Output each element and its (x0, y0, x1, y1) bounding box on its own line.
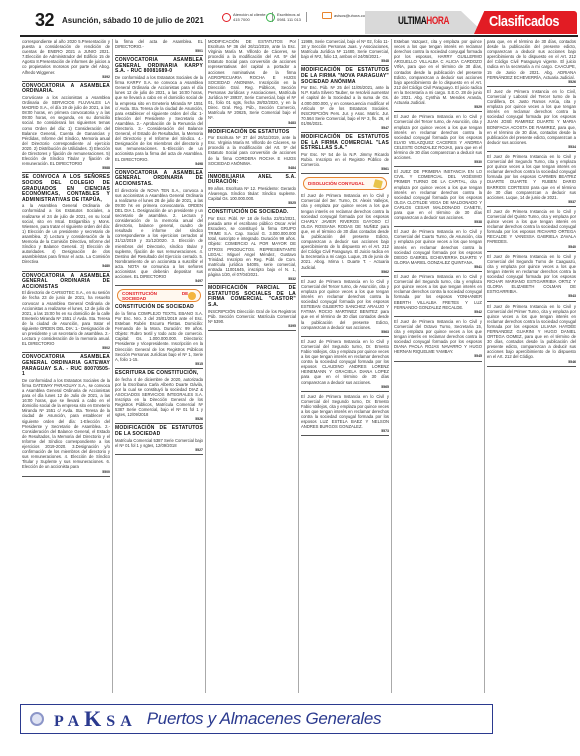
notice: INMOBILIARIA ANEL S.A. Duración:99 años.… (208, 175, 296, 209)
ultimahora-logo: ULTIMAHORA (398, 15, 449, 27)
notice-code: 5500 (22, 470, 110, 475)
notice-body: El Juez de Primera Instancia en lo Civil… (301, 279, 389, 330)
divider (306, 12, 307, 22)
notice-body: El Juez de Primera Instancia en lo Civil… (487, 209, 576, 245)
notice-code: 5547 (301, 126, 389, 131)
notice-heading: CONVOCATORIA ASAMBLEA GENERAL ORDINARIA … (115, 58, 203, 75)
notice: correspondiente al año 2020 5.Presentaci… (22, 39, 110, 82)
customer-service-contact: Atención al cliente: 415 7000 (222, 12, 273, 22)
notice: CONSTITUCIÓN DE SOCIEDADde la firma COMP… (115, 305, 203, 369)
column-2: la firma del acta de Asamblea. EL DIRECT… (113, 39, 206, 693)
notice-code: 5501 (115, 49, 203, 54)
notice: El JUEZ DE PRIMERA INSTANCIA EN LO CIVIL… (394, 169, 482, 227)
notice-body: Por Escr. Públ. Nº 18 de fecha 22/01/202… (208, 216, 296, 277)
notice-code: 5534 (487, 145, 576, 150)
notice-code: 5543 (487, 294, 576, 299)
notice-body: Matrícula Comercial 5387 Serie Comercial… (115, 438, 203, 448)
notice-body: Por Esc. Nº 54 de la N.P. Jimmy Ricardo … (301, 152, 389, 167)
paksa-advertisement[interactable]: PAKSA Puertos y Almacenes Generales (20, 704, 493, 734)
notice: MODIFICACIÓN DE ESTATUTOSPor Escritura N… (208, 130, 296, 173)
notice-code: 5563 (301, 330, 389, 335)
notice-code: 5515 (115, 362, 203, 367)
notice-code: 5573 (301, 429, 389, 434)
notice-heading: CONVOCATORIA A ASAMBLEA ORDINARIA. (22, 84, 110, 95)
notice-body: El Juez de Primera Instancia en lo Civil… (487, 304, 576, 360)
notice-body: El Juez de Primera Instancia en lo Civil… (487, 89, 576, 145)
document-icon (373, 179, 383, 189)
notice: MODIFICACIÓN DE ESTATUTOS Por Escritura … (208, 39, 296, 128)
notice-code: 5392 (22, 75, 110, 80)
logo-letter: A (120, 713, 137, 730)
notice-code: 5548 (301, 59, 389, 64)
masthead: 32 Asunción, sábado 10 de julio de 2021 … (0, 0, 580, 36)
ad-slogan: Puertos y Almacenes Generales (147, 709, 381, 729)
notice-body: Esteban Vazquez, cita y emplaza por quin… (394, 39, 482, 105)
mail-icon (322, 12, 332, 19)
header-rule (20, 35, 578, 37)
notice-code: 5483 (208, 121, 296, 126)
notice-body: Convócase a los accionistas a Asamblea O… (22, 95, 110, 166)
notice: MODIFICACIÓN DE ESTATUTOS DE LA FIRMA "N… (301, 68, 389, 133)
notice: El Juez de Primera Instancia en lo Civil… (394, 229, 482, 272)
notice-body: MODIFICACIÓN DE ESTATUTOS Por Escritura … (208, 39, 296, 121)
notice: para que, en el término de 30 días, cont… (487, 39, 576, 87)
paksa-seal-icon (30, 712, 44, 726)
contact-phone[interactable]: 415 7000 (233, 17, 267, 22)
notice-code: 5502 (22, 346, 110, 351)
notice: MODIFICACIÓN DE ESTATUTOS DE LA FIRMA CO… (301, 135, 389, 174)
notice-code: 5532 (208, 277, 296, 282)
notice: El Juez de Primera Instancia en lo Civil… (394, 319, 482, 362)
section-tab: Clasificados (474, 11, 577, 34)
notice-body: El Juez de Primera Instancia en lo Civil… (394, 114, 482, 160)
notice-heading: MODIFICACIÓN DE ESTATUTOS DE LA SOCIEDAD (115, 426, 203, 437)
sun-icon (188, 292, 196, 300)
notice: El Juez de Primera Instancia en lo Civil… (301, 339, 389, 392)
notice: CONVOCATORIA ASAMBLEA GENERAL ORDINARIA … (115, 58, 203, 168)
issue-date: Asunción, sábado 10 de julio de 2021 (62, 16, 204, 25)
notice-body: de la firma COMPLEJO TEXTIL EBANO S.A. P… (115, 311, 203, 362)
brand-hora: HORA (426, 15, 449, 27)
badge-label: CONSTITUCIÓN DE SOCIEDAD (122, 291, 188, 301)
notice: SE CONVOCA a los Señores Socios del Cole… (22, 175, 110, 271)
notice: El Juez de Primera Instancia en lo Civil… (394, 274, 482, 317)
notice-code: 5540 (487, 245, 576, 250)
notice-body: 99 años. Escritura Nº 12. Presidente: Ge… (208, 186, 296, 201)
notice: la firma del acta de Asamblea. EL DIRECT… (115, 39, 203, 56)
notice-body: El Juez de Primera Instancia en lo Civil… (487, 254, 576, 295)
whatsapp-icon (266, 13, 275, 22)
notice-body: El Juez de Primera Instancia en lo Civil… (301, 339, 389, 385)
column-5: Esteban Vazquez, cita y emplaza por quin… (392, 39, 485, 693)
notice-body: De conformidad a los Estatutos Sociales … (22, 378, 110, 470)
notice-heading: MODIFICACIÓN PARCIAL DE ESTATUTOS SOCIAL… (208, 286, 296, 308)
brand-ultima: ULTIMA (398, 15, 426, 27)
notice-code: 5545 (394, 354, 482, 359)
phone-icon (222, 13, 231, 22)
notice: El Juez de Primera Instancia en lo Civil… (487, 154, 576, 207)
section-title: Clasificados (489, 13, 559, 30)
notice-heading: ESCRITURA DE CONSTITUCIÓN, (115, 371, 203, 377)
notice-body: 11989, Serie Comercial, bajo el Nº 02, f… (301, 39, 389, 59)
paksa-logo: PAKSA (54, 706, 137, 732)
column-1: correspondiente al año 2020 5.Presentaci… (20, 39, 113, 693)
notice-code: 5497 (115, 279, 203, 284)
notice-heading: CONVOCATORIA A ASAMBLEA GENERAL ORDINARI… (115, 171, 203, 188)
notice-heading: CONVOCATORIA A ASAMBLEA GENERAL ORDINARI… (22, 274, 110, 291)
notice-body: El directorio de CARSOTEC S.A., en su se… (22, 290, 110, 346)
notice: CONVOCATORIA A ASAMBLEA GENERAL ORDINARI… (22, 274, 110, 354)
notice: El Juez de Primera Instancia en lo Civil… (487, 209, 576, 252)
notice-code: 5525 (208, 201, 296, 206)
notice-code: 5546 (487, 360, 576, 365)
section-badge-disolucion: DISOLUCIÓN CONYUGAL (303, 177, 387, 190)
notice-code: 5530 (394, 160, 482, 165)
column-4: 11989, Serie Comercial, bajo el Nº 02, f… (299, 39, 392, 693)
notice: CONVOCATORIA A ASAMBLEA GENERAL ORDINARI… (115, 171, 203, 287)
notice: El Juez de Primera Instancia en lo Civil… (487, 89, 576, 152)
notice: El Juez de Primera Instancia en lo Civil… (487, 254, 576, 302)
notice-code: 5541 (394, 265, 482, 270)
notice-body: El directorio de NOVA TEN S.A., convoca … (115, 188, 203, 280)
notice: 11989, Serie Comercial, bajo el Nº 02, f… (301, 39, 389, 66)
notice-heading: CONVOCATORIA ASAMBLEA GENERAL ORDINARIA … (22, 355, 110, 377)
notice: El Juez de Primera Instancia en lo Civil… (301, 279, 389, 337)
section-badge-constitucion: CONSTITUCIÓN DE SOCIEDAD (117, 289, 201, 302)
notice-code: 5529 (394, 105, 482, 110)
column-6: para que, en el término de 30 días, cont… (485, 39, 578, 693)
notice: CONSTITUCIÓN DE SOCIEDAD.Por Escr. Públ.… (208, 210, 296, 284)
notice-code: 5561 (301, 167, 389, 172)
notice-code: 5542 (394, 310, 482, 315)
notice-body: INSCRIPCIÓN Dirección Gral de los Regist… (208, 309, 296, 324)
notice-code: 5537 (487, 200, 576, 205)
notice-code: 5498 (115, 162, 203, 167)
notice-code: 5526 (487, 80, 576, 85)
notice-body: El Juez de Primera Instancia en lo Civil… (394, 274, 482, 310)
classifieds-columns: correspondiente al año 2020 5.Presentaci… (20, 39, 578, 693)
notice: CONVOCATORIA ASAMBLEA GENERAL ORDINARIA … (22, 355, 110, 476)
notice: Esteban Vazquez, cita y emplaza por quin… (394, 39, 482, 112)
notice: ESCRITURA DE CONSTITUCIÓN,de fecha 4 de … (115, 371, 203, 424)
notice-heading: MODIFICACIÓN DE ESTATUTOS DE LA FIRMA CO… (301, 135, 389, 152)
notice-body: El Juez de Primera Instancia en lo Civil… (487, 154, 576, 200)
notice: CONVOCATORIA A ASAMBLEA ORDINARIA.Convóc… (22, 84, 110, 174)
notice-body: correspondiente al año 2020 5.Presentaci… (22, 39, 110, 75)
notice-body: para que, en el término de 30 días, cont… (487, 39, 576, 80)
contact-whatsapp[interactable]: 0981 111 013 (277, 17, 301, 22)
page-number: 32 (35, 10, 54, 31)
notice-body: El Juez de Primera Instancia en lo Civil… (301, 193, 389, 269)
notice-code: 5562 (301, 270, 389, 275)
notice-heading: SE CONVOCA a los Señores Socios del Cole… (22, 175, 110, 203)
notice-code: 5538 (394, 220, 482, 225)
notice-code: 5527 (115, 448, 203, 453)
whatsapp-contact: Escribinos al 0981 111 013 (266, 12, 307, 22)
notice: MODIFICACIÓN DE ESTATUTOS DE LA SOCIEDAD… (115, 426, 203, 454)
badge-label: DISOLUCIÓN CONYUGAL (308, 181, 364, 186)
notice-code: 5526 (115, 417, 203, 422)
notice: El Juez de Primera Instancia en lo Civil… (394, 114, 482, 167)
notice-body: a la Asamblea General Ordinaria de confo… (22, 203, 110, 264)
notice-body: De conformidad a los Estatutos Sociales … (115, 75, 203, 162)
logo-letter: S (106, 713, 120, 730)
notice-heading: INMOBILIARIA ANEL S.A. Duración: (208, 175, 296, 186)
notice-body: de fecha 4 de diciembre de 2020, autoriz… (115, 377, 203, 418)
notice-body: El JUEZ DE PRIMERA INSTANCIA EN LO CIVIL… (394, 169, 482, 220)
notice: El Juez de Primera Instancia en lo Civil… (301, 394, 389, 437)
notice-body: la firma del acta de Asamblea. EL DIRECT… (115, 39, 203, 49)
logo-letter: K (84, 706, 106, 731)
notice-body: Por Esc. Púb. Nº 25 del 11/05/2021, ante… (301, 85, 389, 126)
notice: El Juez de Primera Instancia en lo Civil… (487, 304, 576, 367)
notice-code: 5395 (208, 324, 296, 329)
notice-body: El Juez de Primera Instancia en lo Civil… (394, 319, 482, 355)
notice-code: 5484 (208, 166, 296, 171)
column-3: MODIFICACIÓN DE ESTATUTOS Por Escritura … (206, 39, 299, 693)
notice: El Juez de Primera Instancia en lo Civil… (301, 193, 389, 277)
notice-code: 5588 (22, 166, 110, 171)
notice-heading: MODIFICACIÓN DE ESTATUTOS DE LA FIRMA "N… (301, 68, 389, 85)
logo-letter: P (54, 713, 68, 730)
notice-body: El Juez de Primera Instancia en lo Civil… (394, 229, 482, 265)
notice-code: 5565 (301, 385, 389, 390)
notice: MODIFICACIÓN PARCIAL DE ESTATUTOS SOCIAL… (208, 286, 296, 331)
notice-body: El Juez de Primera Instancia en lo Civil… (301, 394, 389, 430)
notice-body: Por Escritura Nº 37 del 26/11/2019, ante… (208, 135, 296, 166)
notice-code: 5480 (22, 264, 110, 269)
logo-letter: A (68, 713, 85, 730)
